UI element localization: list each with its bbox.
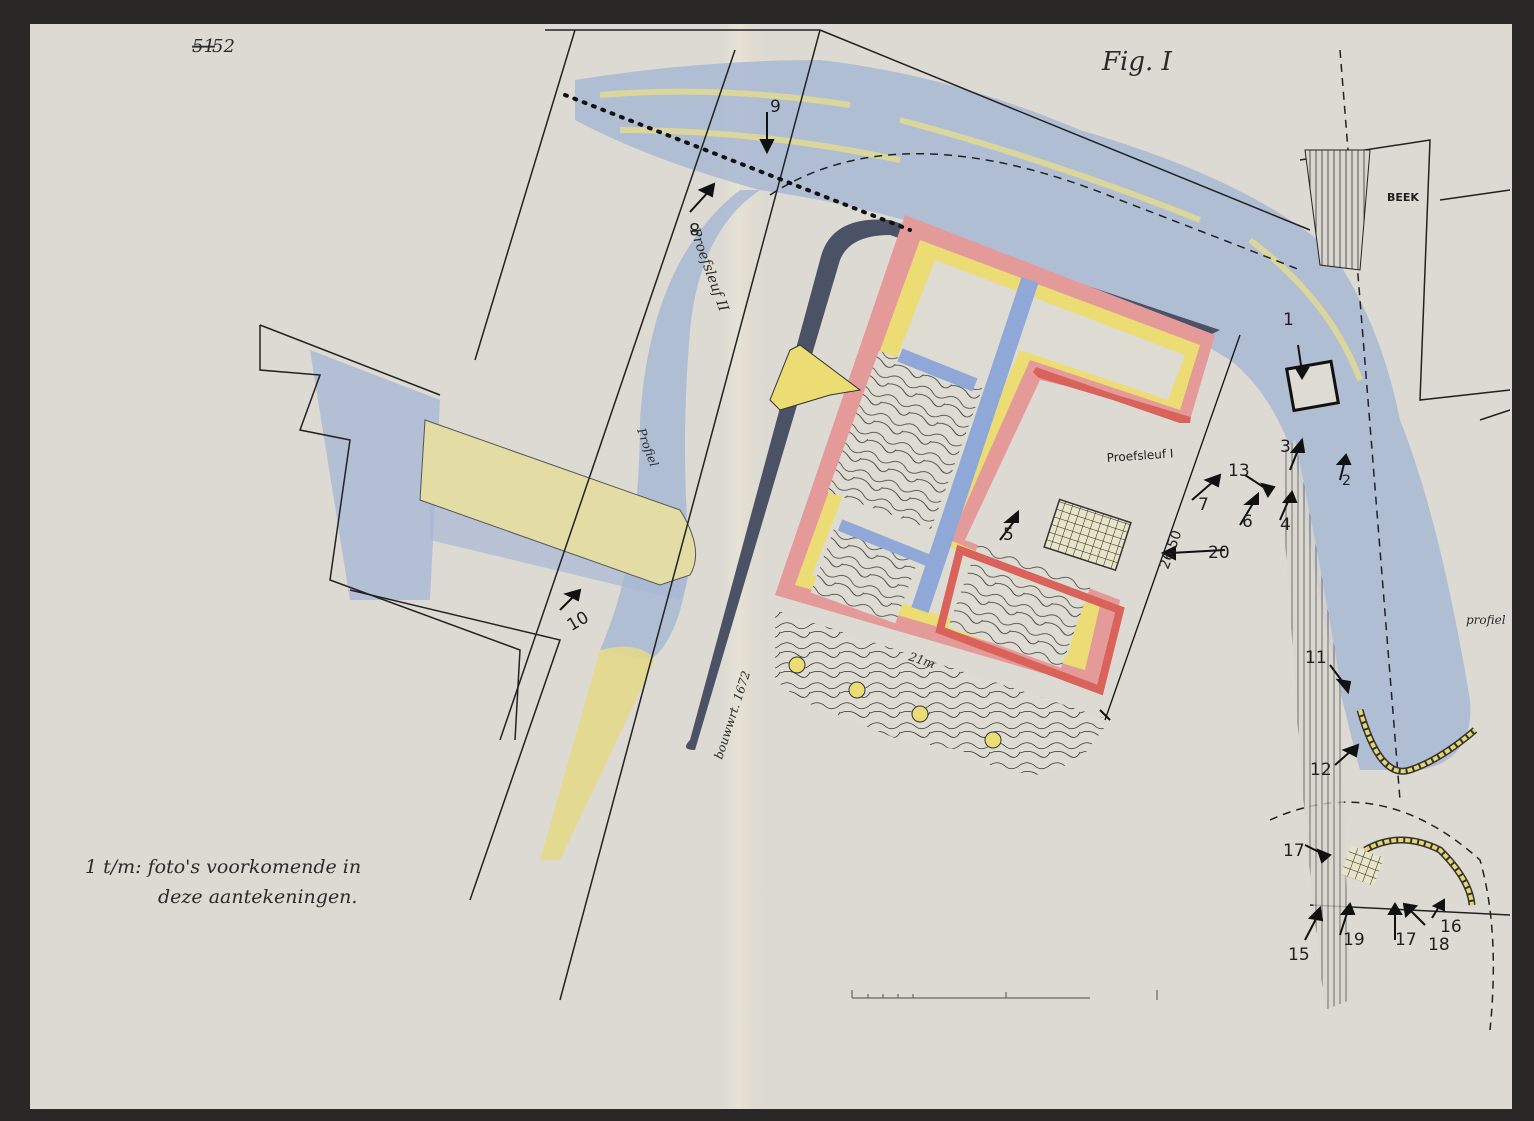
photo-marker-3: 3 <box>1280 437 1291 457</box>
scale-bar <box>852 990 1157 1000</box>
square-feature <box>1287 361 1339 410</box>
photo-marker-8: 8 <box>689 218 700 238</box>
photo-marker-20: 20 <box>1208 543 1230 563</box>
photo-marker-15: 15 <box>1288 945 1310 965</box>
photo-marker-12: 12 <box>1310 760 1332 780</box>
building-year-label: bouwwrt. 1672 <box>712 669 754 761</box>
photo-marker-16: 16 <box>1440 917 1462 937</box>
archaeological-site-plan: Fig. I 52 51 1 t/m: foto's voorkomende i… <box>0 0 1534 1121</box>
stream-label: BEEK <box>1387 191 1419 204</box>
photo-marker-17b: 17 <box>1395 930 1417 950</box>
photo-marker-13: 13 <box>1228 461 1250 481</box>
note-line-2: deze aantekeningen. <box>158 886 357 908</box>
photo-marker-9: 9 <box>770 97 781 117</box>
photo-marker-17a: 17 <box>1283 841 1305 861</box>
profile-label-right: profiel <box>1466 613 1506 627</box>
photo-marker-18: 18 <box>1428 935 1450 955</box>
photo-marker-5: 5 <box>1003 525 1014 545</box>
photo-marker-4: 4 <box>1280 515 1291 535</box>
note-line-1: 1 t/m: foto's voorkomende in <box>85 856 361 878</box>
photo-marker-2: 2 <box>1342 473 1351 489</box>
photo-marker-1: 1 <box>1283 310 1294 330</box>
photo-marker-6: 6 <box>1242 512 1253 532</box>
photo-marker-10: 10 <box>564 608 593 636</box>
dimension-length-label: 26.50 <box>1157 528 1186 571</box>
photo-marker-7: 7 <box>1198 495 1209 515</box>
photo-marker-11: 11 <box>1305 648 1327 668</box>
figure-title: Fig. I <box>1101 47 1173 77</box>
archive-number-struck: 51 <box>192 36 215 57</box>
trench-1-label: Proefsleuf I <box>1106 446 1174 465</box>
moat-west <box>310 190 760 860</box>
photo-marker-19: 19 <box>1343 930 1365 950</box>
grid-feature <box>1044 499 1131 570</box>
archive-number: 52 <box>212 36 235 57</box>
